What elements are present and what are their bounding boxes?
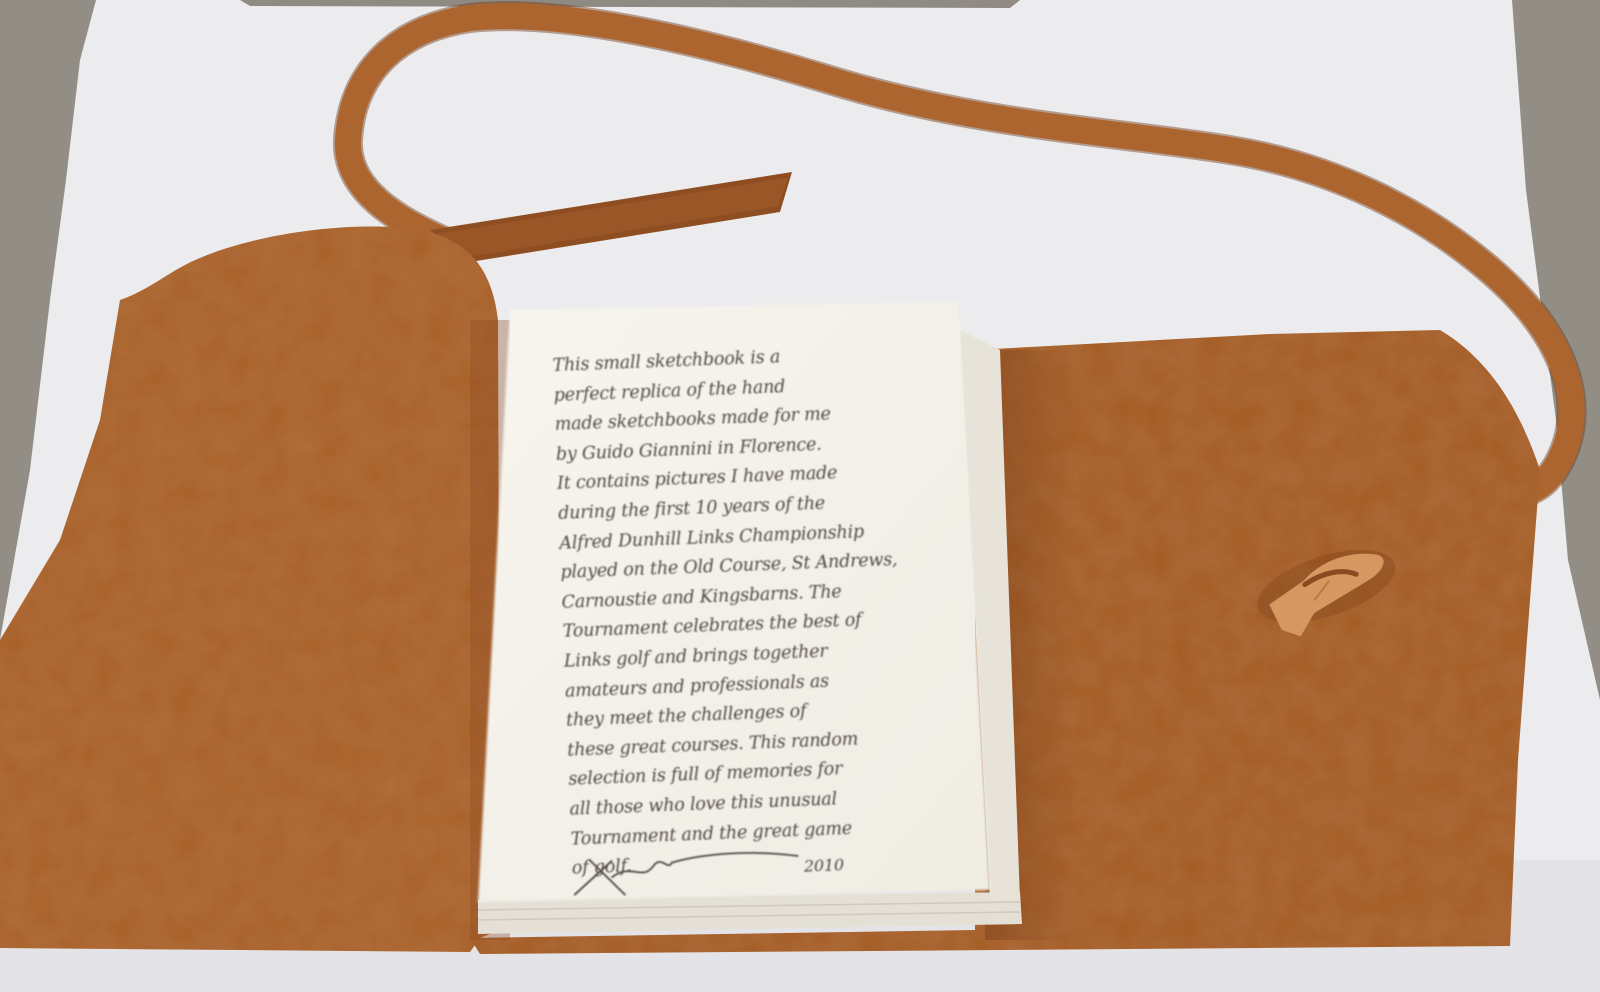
- signature-icon: [571, 846, 803, 903]
- photo-scene: This small sketchbook is a perfect repli…: [0, 0, 1600, 992]
- signature-year: 2010: [803, 850, 844, 881]
- handwritten-inscription: This small sketchbook is a perfect repli…: [552, 337, 952, 884]
